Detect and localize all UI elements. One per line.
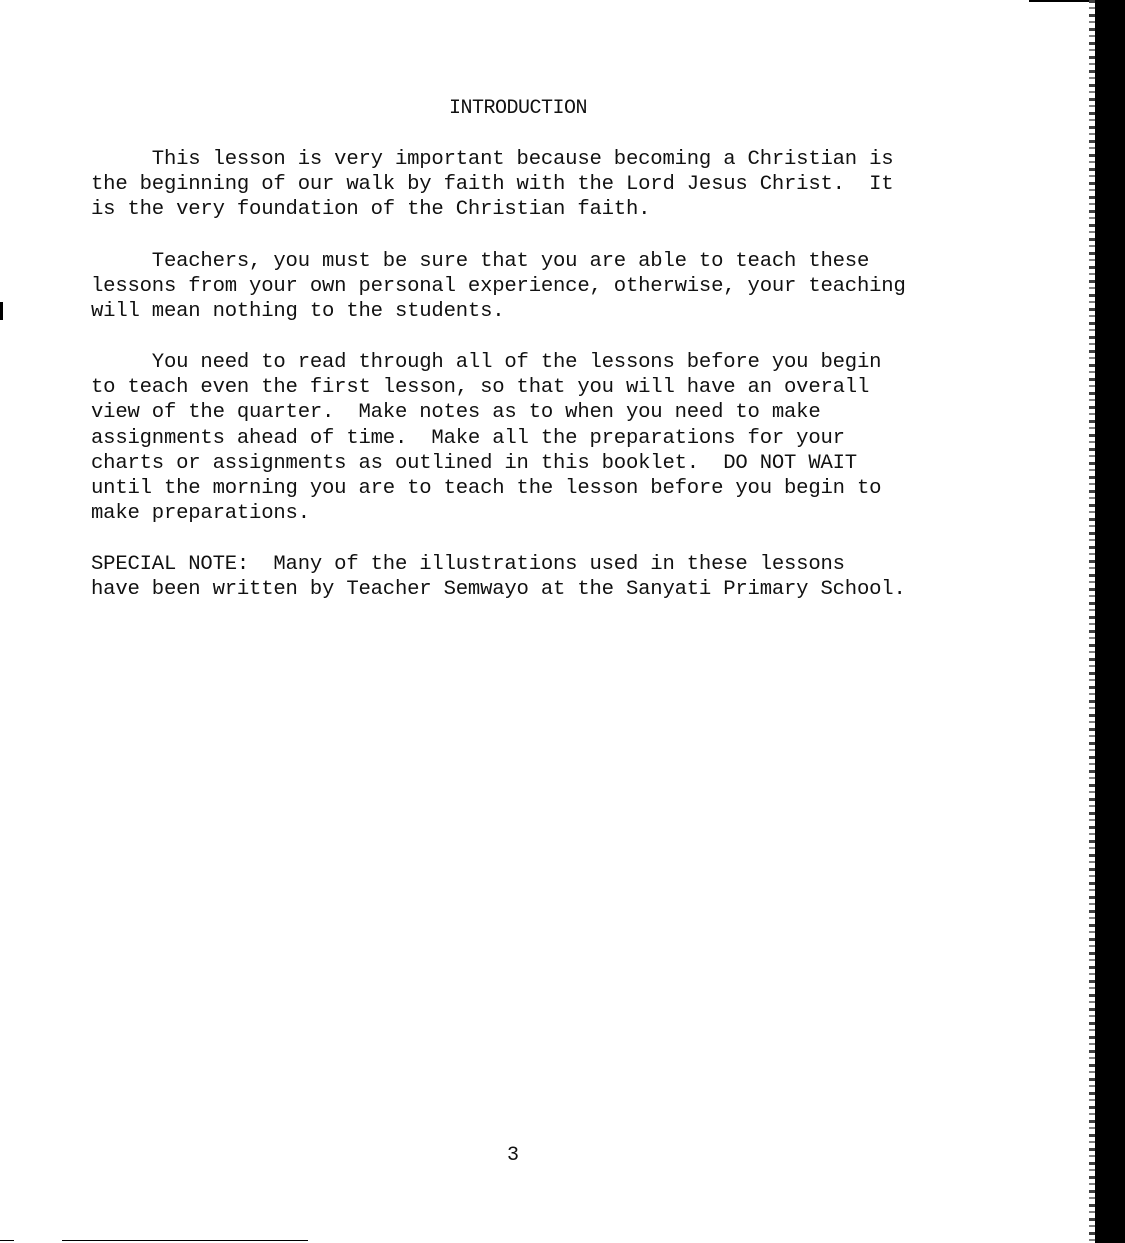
- page-title: INTRODUCTION: [0, 96, 1036, 121]
- scan-edge-fringe-artifact: [1089, 0, 1095, 1243]
- document-page: INTRODUCTION This lesson is very importa…: [0, 0, 1125, 1243]
- paragraph-preparation: You need to read through all of the less…: [91, 350, 951, 526]
- footnote-rule-divider: [62, 1240, 308, 1241]
- scan-edge-artifact: [1095, 0, 1125, 1243]
- paragraph-teachers: Teachers, you must be sure that you are …: [91, 249, 951, 325]
- page-number: 3: [507, 1144, 519, 1168]
- paragraph-importance: This lesson is very important because be…: [91, 147, 951, 223]
- paragraph-special-note: SPECIAL NOTE: Many of the illustrations …: [91, 552, 951, 602]
- scan-left-mark-artifact: [0, 302, 3, 320]
- bottom-rule-divider: [0, 1240, 14, 1241]
- scan-top-artifact: [1029, 0, 1089, 2]
